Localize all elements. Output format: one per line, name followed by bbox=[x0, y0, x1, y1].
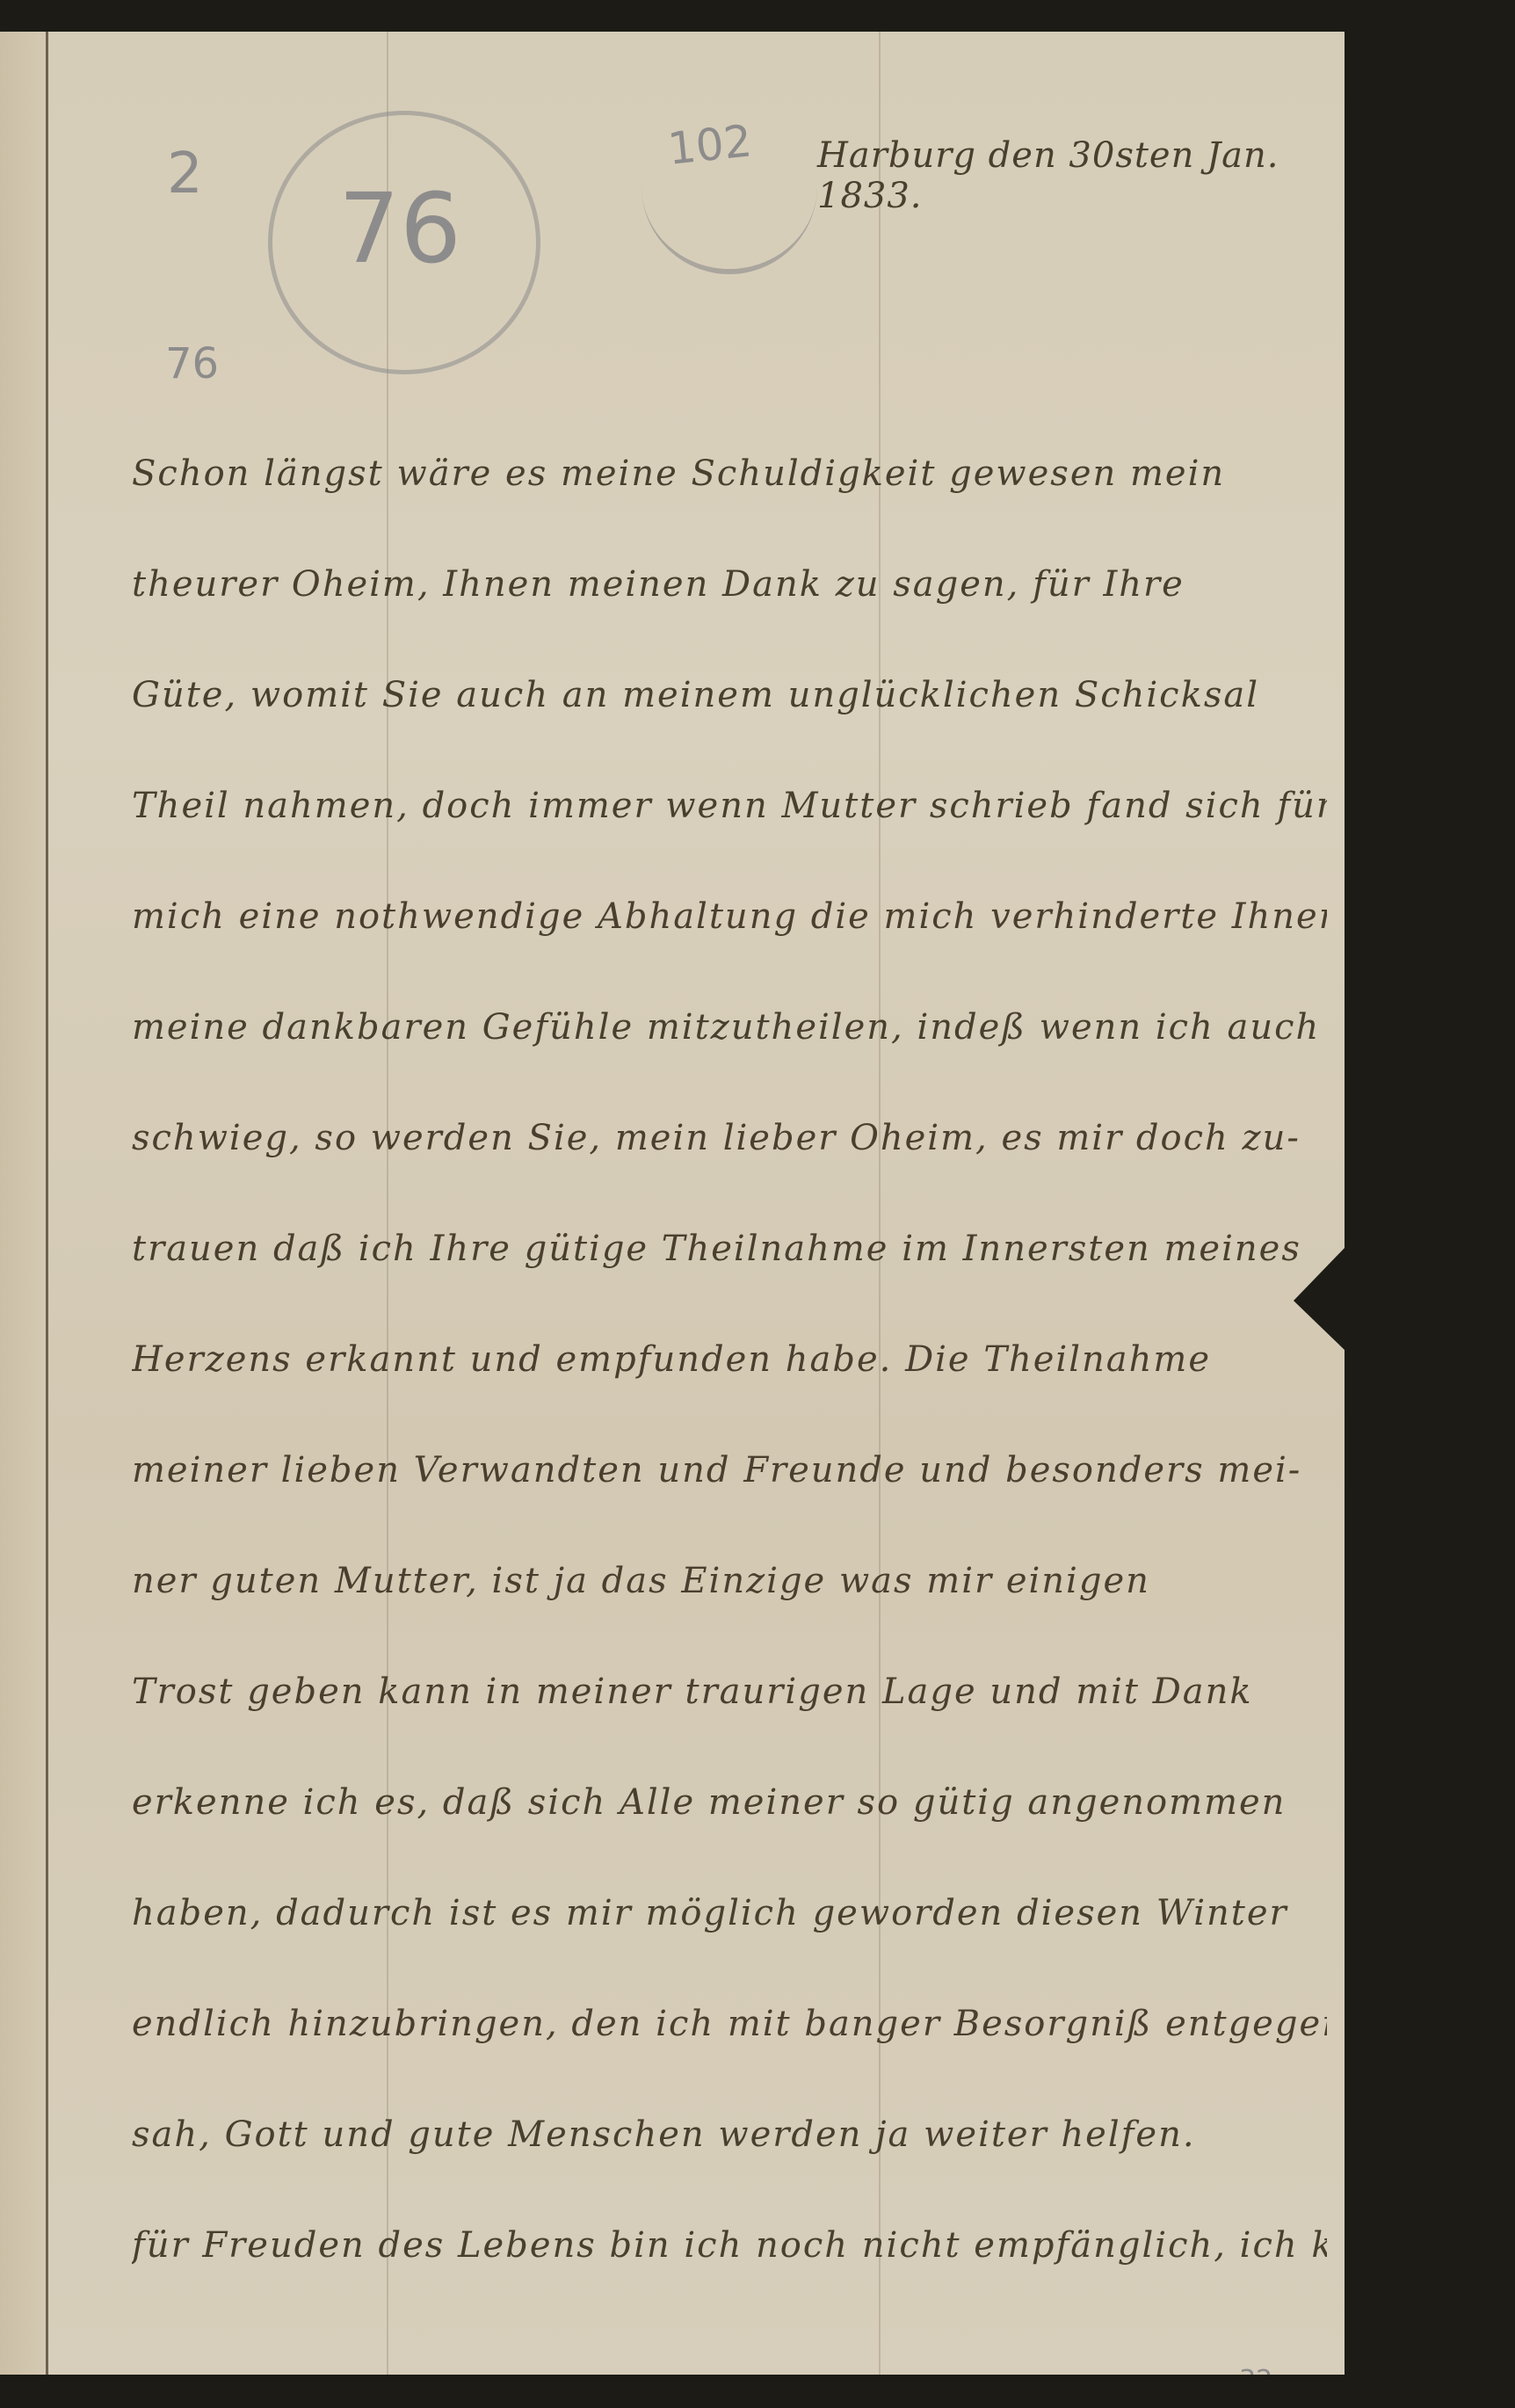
letter-line: erkenne ich es, daß sich Alle meiner so … bbox=[132, 1747, 1327, 1858]
binding-edge bbox=[0, 32, 48, 2375]
letter-line: theurer Oheim, Ihnen meinen Dank zu sage… bbox=[132, 529, 1327, 640]
letter-line: ner guten Mutter, ist ja das Einzige was… bbox=[132, 1526, 1327, 1636]
letter-line: für Freuden des Lebens bin ich noch nich… bbox=[132, 2190, 1327, 2301]
pencil-arc-mark bbox=[642, 163, 817, 274]
pencil-circled-number: 76 bbox=[338, 172, 461, 285]
letter-line: endlich hinzubringen, den ich mit banger… bbox=[132, 1969, 1327, 2079]
letter-line: schwieg, so werden Sie, mein lieber Ohei… bbox=[132, 1083, 1327, 1193]
pencil-page-number: 32 bbox=[1239, 2365, 1272, 2396]
letter-line: sah, Gott und gute Menschen werden ja we… bbox=[132, 2079, 1327, 2190]
letter-line: Schon längst wäre es meine Schuldigkeit … bbox=[132, 418, 1327, 529]
letter-line: meine dankbaren Gefühle mitzutheilen, in… bbox=[132, 972, 1327, 1083]
pencil-sheet-number: 2 bbox=[167, 141, 203, 207]
letter-line: Trost geben kann in meiner traurigen Lag… bbox=[132, 1636, 1327, 1747]
letter-line: Herzens erkannt und empfunden habe. Die … bbox=[132, 1304, 1327, 1415]
pencil-margin-number: 76 bbox=[165, 339, 219, 388]
letter-sheet: 2 76 102 76 Harburg den 30sten Jan. 1833… bbox=[0, 32, 1345, 2375]
letter-line: Theil nahmen, doch immer wenn Mutter sch… bbox=[132, 751, 1327, 861]
letter-place-date: Harburg den 30sten Jan. 1833. bbox=[817, 135, 1345, 216]
letter-body: Schon längst wäre es meine Schuldigkeit … bbox=[132, 418, 1327, 2301]
letter-line: mich eine nothwendige Abhaltung die mich… bbox=[132, 861, 1327, 972]
letter-line: meiner lieben Verwandten und Freunde und… bbox=[132, 1415, 1327, 1526]
letter-line: haben, dadurch ist es mir möglich geword… bbox=[132, 1858, 1327, 1969]
letter-line: Güte, womit Sie auch an meinem unglückli… bbox=[132, 640, 1327, 751]
letter-line: trauen daß ich Ihre gütige Theilnahme im… bbox=[132, 1193, 1327, 1304]
